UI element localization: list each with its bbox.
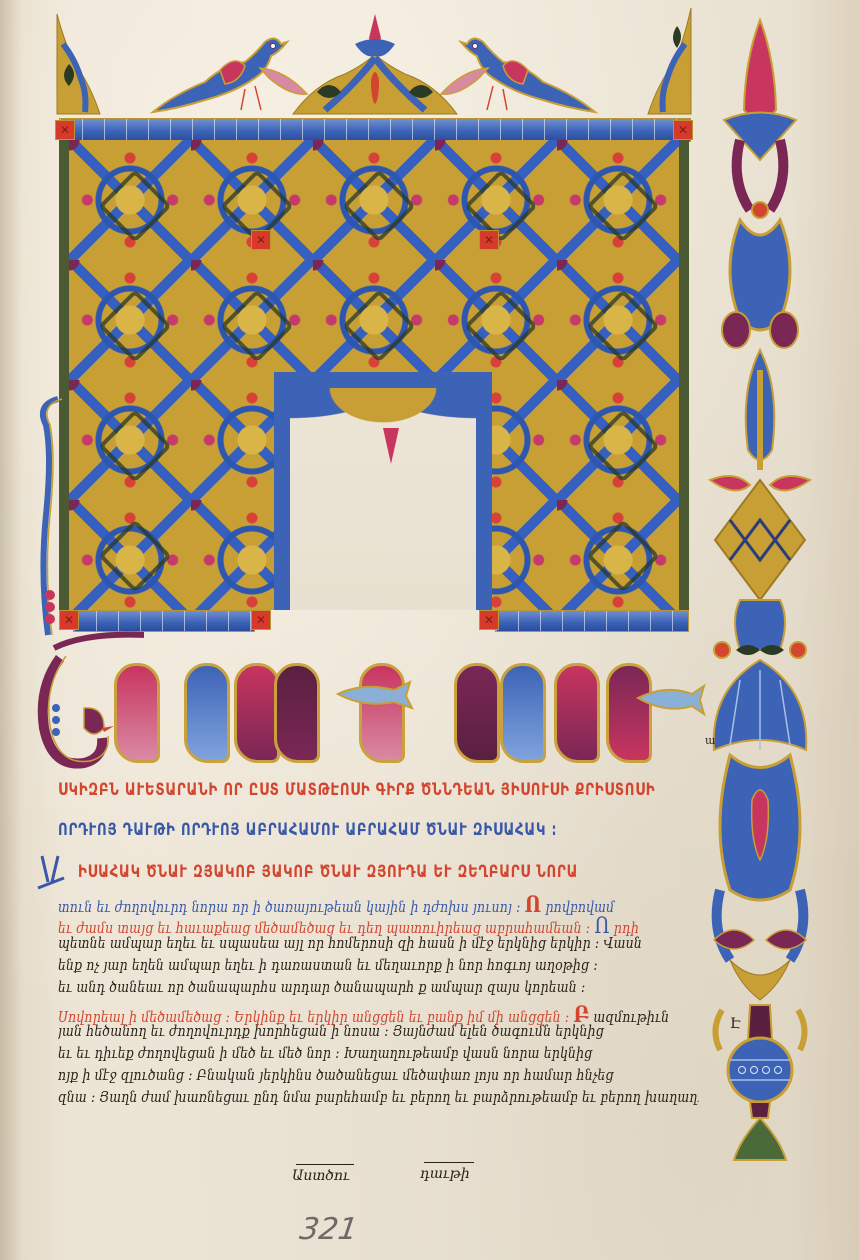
zoomorphic-title (34, 628, 714, 778)
text-line-7: ենք ոչ յար եղեն ամպար եղեւ ի դառաստան եւ… (58, 958, 699, 974)
pendant-drop-icon (383, 428, 399, 464)
right-bird-icon (441, 38, 595, 112)
catchword-right: դաւթի (420, 1166, 470, 1182)
corner-ornament-icon (251, 230, 271, 250)
left-stem-flourish (30, 395, 70, 645)
text-line-13: զնա ։ Յաղն ժամ խառնեցաւ ընդ նմա բարեհամբ… (58, 1090, 699, 1106)
fish-icon (636, 680, 706, 720)
bird-letter (114, 663, 160, 763)
gutter-shadow (0, 0, 22, 1260)
corner-ornament-icon (479, 230, 499, 250)
bird-letter (554, 663, 600, 763)
text-line-10: յան հեծանող եւ ժողովուրդք խորհեցան ի նոս… (58, 1024, 699, 1040)
catchword-left: Աստծու (292, 1168, 350, 1184)
center-palmette-icon (293, 14, 457, 114)
margin-section-mark: ա (705, 734, 715, 747)
bird-letter (274, 663, 320, 763)
rubric-line-2: ՈՐԴՒՈՅ ԴԱՒԹԻ ՈՐԴՒՈՅ ԱԲՐԱՀԱՄՈՒ ԱԲՐԱՀԱՄ ԾՆ… (58, 820, 698, 840)
vase-icon (715, 1005, 804, 1160)
fish-icon (334, 678, 434, 718)
bird-letter (454, 663, 500, 763)
folio-number: 321 (298, 1212, 360, 1247)
bird-letter (184, 663, 230, 763)
text-span: րդի (614, 921, 639, 937)
marginal-ornament (700, 10, 830, 1170)
text-line-12: ոյք ի մէջ զլուծանց ։ Բնական յերկինս ծածա… (58, 1068, 699, 1084)
headpiece-pattern-panel (59, 140, 689, 610)
text-line-6: պետնե ամպար եղեւ եւ սպասեա այլ որ հոմերո… (58, 936, 699, 952)
left-bird-icon (153, 38, 307, 112)
rubric-line-3: ԻՍԱՀԱԿ ԾՆԱՒ ԶՅԱԿՈԲ ՅԱԿՈԲ ԾՆԱՒ ԶՅՈՒԴԱ ԵՒ … (78, 862, 718, 882)
blue-initial-letter-icon (36, 852, 66, 892)
arch-opening (274, 372, 492, 610)
bird-letter (500, 663, 546, 763)
text-span: եւ ժամս տայց եւ հաւաքեաց մեծամեծաց եւ դե… (58, 921, 590, 937)
headpiece-crest (55, 4, 695, 124)
corner-ornament-icon (479, 610, 499, 630)
corner-ornament-icon (251, 610, 271, 630)
headpiece-top-bar (59, 118, 691, 142)
headpiece (55, 4, 695, 634)
corner-ornament-icon (673, 120, 693, 140)
text-line-11: եւ եւ դիւեք ժողովեցան ի մեծ եւ մեծ նոր ։… (58, 1046, 699, 1062)
margin-section-mark: Է (730, 1016, 741, 1032)
text-line-8: եւ անդ ծանեաւ որ ծանապարհս արդար ծանապար… (58, 980, 699, 996)
rubric-line-1: ՍԿԻԶԲՆ ԱՒԵՏԱՐԱՆԻ ՈՐ ԸՍՏ ՄԱՏԹԷՈՍԻ ԳԻՐՔ ԾՆ… (58, 780, 698, 800)
corner-ornament-icon (55, 120, 75, 140)
